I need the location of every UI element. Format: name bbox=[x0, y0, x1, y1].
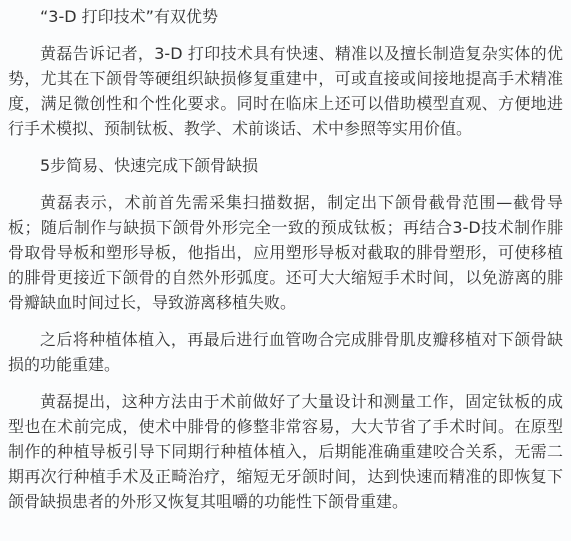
section-heading: 5步简易、快速完成下颌骨缺损 bbox=[8, 153, 563, 178]
article-body: “3-D 打印技术”有双优势 黄磊告诉记者，3-D 打印技术具有快速、精准以及擅… bbox=[0, 0, 571, 541]
article-paragraph: 黄磊告诉记者，3-D 打印技术具有快速、精准以及擅长制造复杂实体的优势，尤其在下… bbox=[8, 41, 563, 141]
article-paragraph: 黄磊表示，术前首先需采集扫描数据，制定出下颌骨截骨范围—截骨导板；随后制作与缺损… bbox=[8, 190, 563, 315]
article-paragraph: 之后将种植体植入，再最后进行血管吻合完成腓骨肌皮瓣移植对下颌骨缺损的功能重建。 bbox=[8, 327, 563, 377]
article-title: “3-D 打印技术”有双优势 bbox=[8, 4, 563, 29]
article-paragraph: 黄磊提出，这种方法由于术前做好了大量设计和测量工作，固定钛板的成型也在术前完成，… bbox=[8, 389, 563, 514]
